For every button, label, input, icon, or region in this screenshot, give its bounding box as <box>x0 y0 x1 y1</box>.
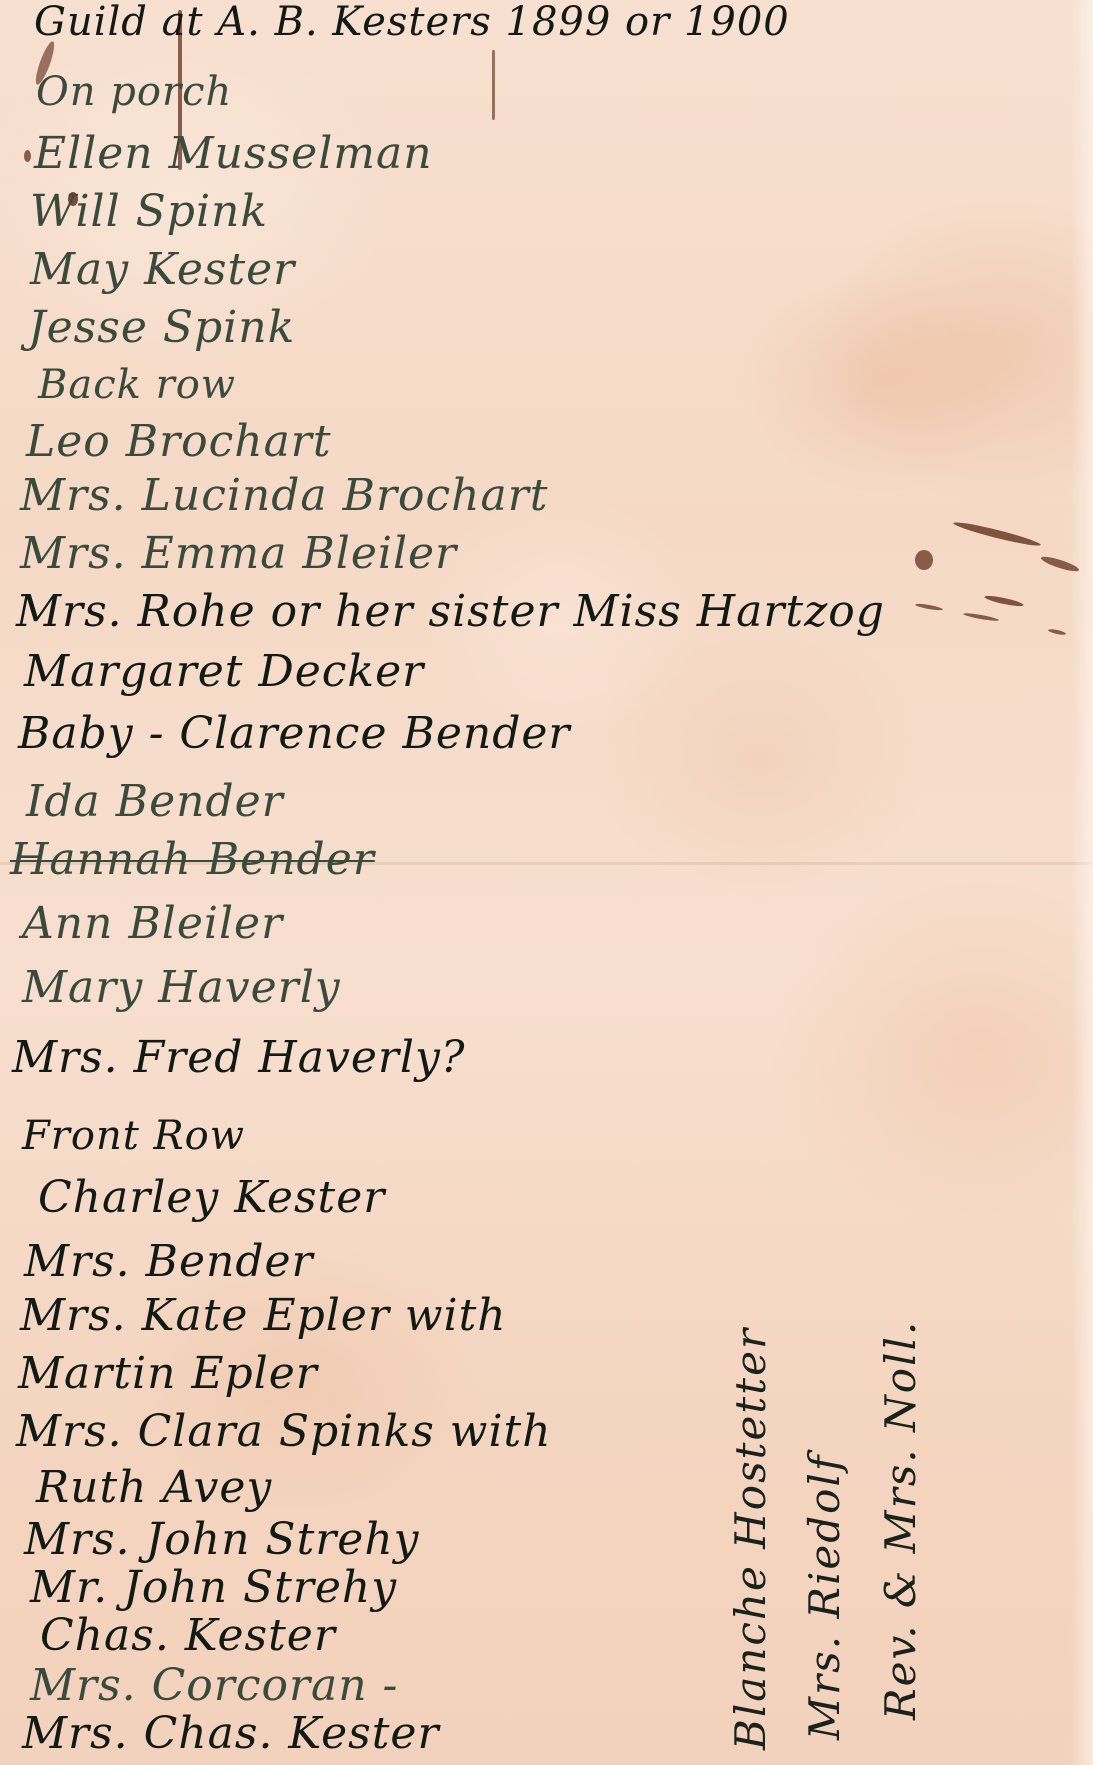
list-item-name: Mrs. Bender <box>24 1240 314 1284</box>
list-item-name: Mrs. Emma Bleiler <box>20 532 457 576</box>
list-item-name: Mrs. Clara Spinks with <box>16 1410 552 1454</box>
list-item-name: Will Spink <box>30 190 268 234</box>
margin-note-vertical: Mrs. Riedolf <box>800 1454 849 1740</box>
list-item-name: Mrs. Rohe or her sister Miss Hartzog <box>16 590 885 634</box>
margin-note-vertical: Rev. & Mrs. Noll. <box>876 1320 925 1720</box>
list-item-name: Ellen Musselman <box>34 132 433 176</box>
section-heading-back-row: Back row <box>38 365 236 405</box>
document-title: Guild at A. B. Kesters 1899 or 1900 <box>34 2 790 42</box>
section-heading-on-porch: On porch <box>36 72 232 112</box>
list-item-name: Leo Brochart <box>26 420 332 464</box>
ink-drip-stain <box>492 50 495 120</box>
list-item-name: Mary Haverly <box>22 966 341 1010</box>
list-item-name: Ruth Avey <box>36 1466 272 1510</box>
list-item-name: Mrs. Kate Epler with <box>20 1294 507 1338</box>
list-item-name: Margaret Decker <box>24 650 424 694</box>
list-item-name: Mr. John Strehy <box>30 1566 397 1610</box>
list-item-name: Chas. Kester <box>40 1614 336 1658</box>
list-item-name: Mrs. Fred Haverly? <box>12 1036 465 1080</box>
list-item-name: Mrs. Chas. Kester <box>22 1712 440 1756</box>
list-item-name: Jesse Spink <box>28 306 295 350</box>
list-item-name: Baby - Clarence Bender <box>18 712 570 756</box>
rust-stain <box>24 150 31 162</box>
list-item-name-crossed-out: Hannah Bender <box>10 838 375 882</box>
list-item-name: Martin Epler <box>18 1352 318 1396</box>
ink-blot-stain <box>915 550 933 570</box>
list-item-name: Ann Bleiler <box>22 902 283 946</box>
margin-note-vertical: Blanche Hostetter <box>726 1327 775 1750</box>
list-item-name: Mrs. Lucinda Brochart <box>20 474 548 518</box>
list-item-name: Mrs. John Strehy <box>24 1518 420 1562</box>
list-item-name: Charley Kester <box>38 1176 385 1220</box>
paper-right-edge <box>1071 0 1093 1765</box>
list-item-name: Mrs. Corcoran - <box>30 1664 398 1708</box>
list-item-name: May Kester <box>30 248 295 292</box>
list-item-name: Ida Bender <box>26 780 284 824</box>
section-heading-front-row: Front Row <box>22 1116 245 1156</box>
